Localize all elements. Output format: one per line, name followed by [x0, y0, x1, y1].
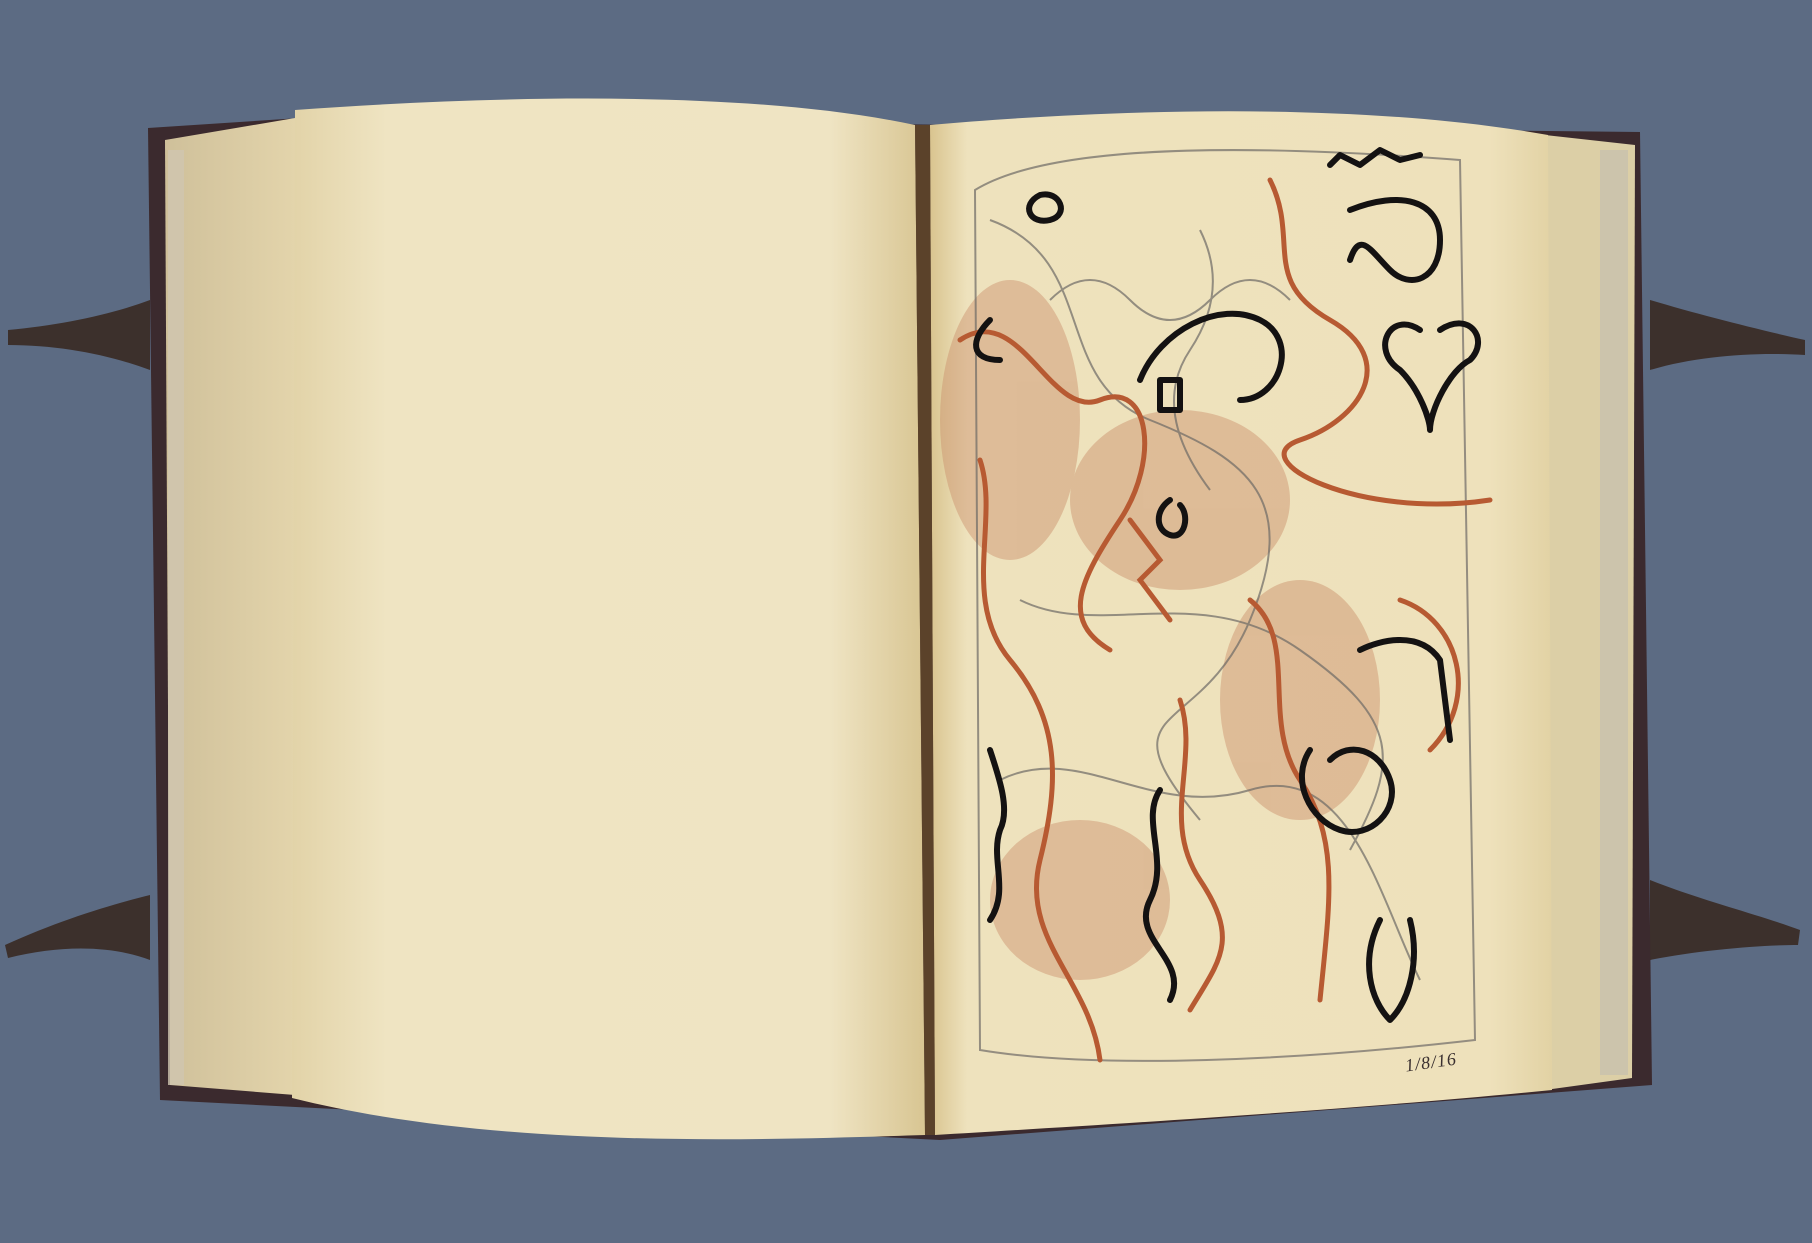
- left-page: [292, 99, 925, 1140]
- open-book-illustration: [0, 0, 1812, 1243]
- photo-scene: [0, 0, 1812, 1243]
